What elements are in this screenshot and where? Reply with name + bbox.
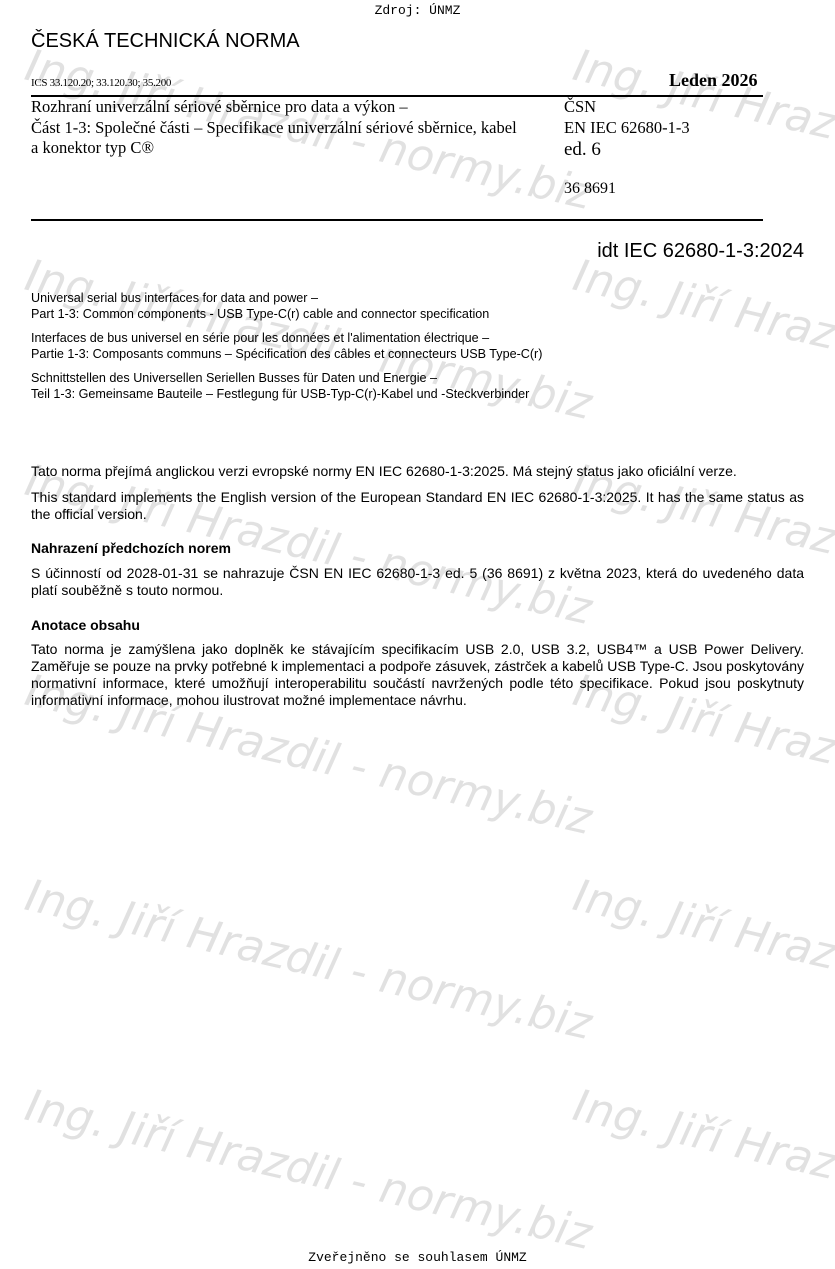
title-line: Schnittstellen des Universellen Serielle… [31,371,529,387]
document-type: ČESKÁ TECHNICKÁ NORMA [31,30,300,53]
title-french: Interfaces de bus universel en série pou… [31,331,542,362]
title-line: Universal serial bus interfaces for data… [31,291,489,307]
designation-prefix: ČSN [564,97,690,118]
section-heading-replacement: Nahrazení předchozích norem [31,540,231,556]
title-german: Schnittstellen des Universellen Serielle… [31,371,529,402]
watermark: Ing. Jiří Hrazdil - normy.biz [21,870,597,1050]
czech-title-line: a konektor typ C® [31,138,556,159]
designation-number: EN IEC 62680-1-3 [564,118,690,139]
paragraph: Tato norma přejímá anglickou verzi evrop… [31,463,804,480]
identity-statement: idt IEC 62680-1-3:2024 [597,240,804,263]
footer-label: Zveřejněno se souhlasem ÚNMZ [0,1250,835,1265]
replacement-text: S účinností od 2028-01-31 se nahrazuje Č… [31,565,804,599]
watermark: Ing. Jiří Hrazdil [569,870,835,992]
czech-title: Rozhraní univerzální sériové sběrnice pr… [31,97,556,159]
standard-designation: ČSN EN IEC 62680-1-3 ed. 6 [564,97,690,162]
czech-title-line: Část 1-3: Společné části – Specifikace u… [31,118,556,139]
section-heading-annotation: Anotace obsahu [31,617,140,633]
annotation-text: Tato norma je zamýšlena jako doplněk ke … [31,641,804,709]
issue-date: Leden 2026 [669,70,758,91]
title-english: Universal serial bus interfaces for data… [31,291,489,322]
adoption-note-en: This standard implements the English ver… [31,489,804,523]
title-line: Partie 1-3: Composants communs – Spécifi… [31,347,542,363]
designation-edition: ed. 6 [564,138,690,162]
paragraph: This standard implements the English ver… [31,489,804,523]
czech-title-line: Rozhraní univerzální sériové sběrnice pr… [31,97,556,118]
title-line: Part 1-3: Common components - USB Type-C… [31,307,489,323]
divider [31,219,763,221]
source-label: Zdroj: ÚNMZ [0,3,835,18]
watermark: Ing. Jiří Hrazdil - normy.biz [21,1080,597,1260]
watermark: Ing. Jiří Hrazdil [569,250,835,372]
ics-codes: ICS 33.120.20; 33.120.30; 35.200 [31,77,171,89]
watermark: Ing. Jiří Hrazdil [569,1080,835,1202]
paragraph: S účinností od 2028-01-31 se nahrazuje Č… [31,565,804,599]
title-line: Interfaces de bus universel en série pou… [31,331,542,347]
title-line: Teil 1-3: Gemeinsame Bauteile – Festlegu… [31,387,529,403]
adoption-note-cz: Tato norma přejímá anglickou verzi evrop… [31,463,804,480]
classification-number: 36 8691 [564,180,616,198]
paragraph: Tato norma je zamýšlena jako doplněk ke … [31,641,804,709]
